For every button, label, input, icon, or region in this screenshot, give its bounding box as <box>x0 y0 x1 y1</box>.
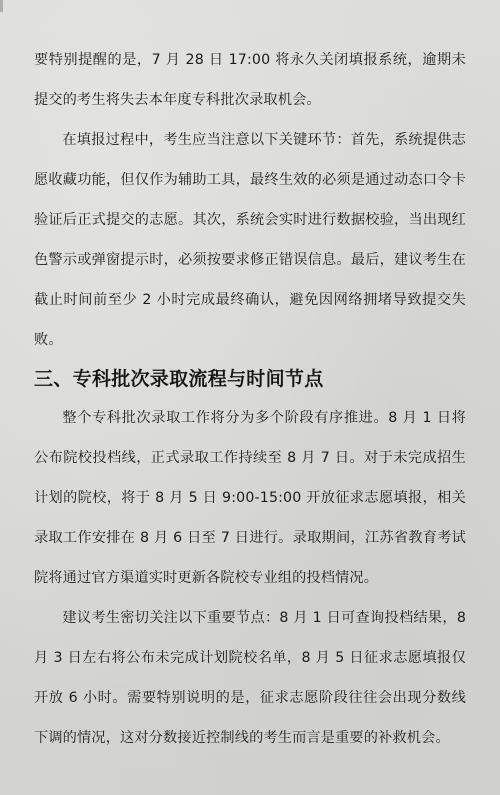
paragraph-deadline-reminder: 要特别提醒的是，7 月 28 日 17:00 将永久关闭填报系统，逾期未提交的考… <box>34 40 466 120</box>
paragraph-admission-stages: 整个专科批次录取工作将分为多个阶段有序推进。8 月 1 日将公布院校投档线，正式… <box>34 398 466 598</box>
paragraph-filling-key-steps: 在填报过程中，考生应当注意以下关键环节：首先，系统提供志愿收藏功能，但仅作为辅助… <box>34 120 466 360</box>
page-corner-mark <box>0 0 3 12</box>
document-page: 要特别提醒的是，7 月 28 日 17:00 将永久关闭填报系统，逾期未提交的考… <box>0 0 500 795</box>
paragraph-important-dates: 建议考生密切关注以下重要节点：8 月 1 日可查询投档结果，8 月 3 日左右将… <box>34 598 466 758</box>
document-body: 要特别提醒的是，7 月 28 日 17:00 将永久关闭填报系统，逾期未提交的考… <box>34 40 466 758</box>
section-heading: 三、专科批次录取流程与时间节点 <box>34 360 466 398</box>
